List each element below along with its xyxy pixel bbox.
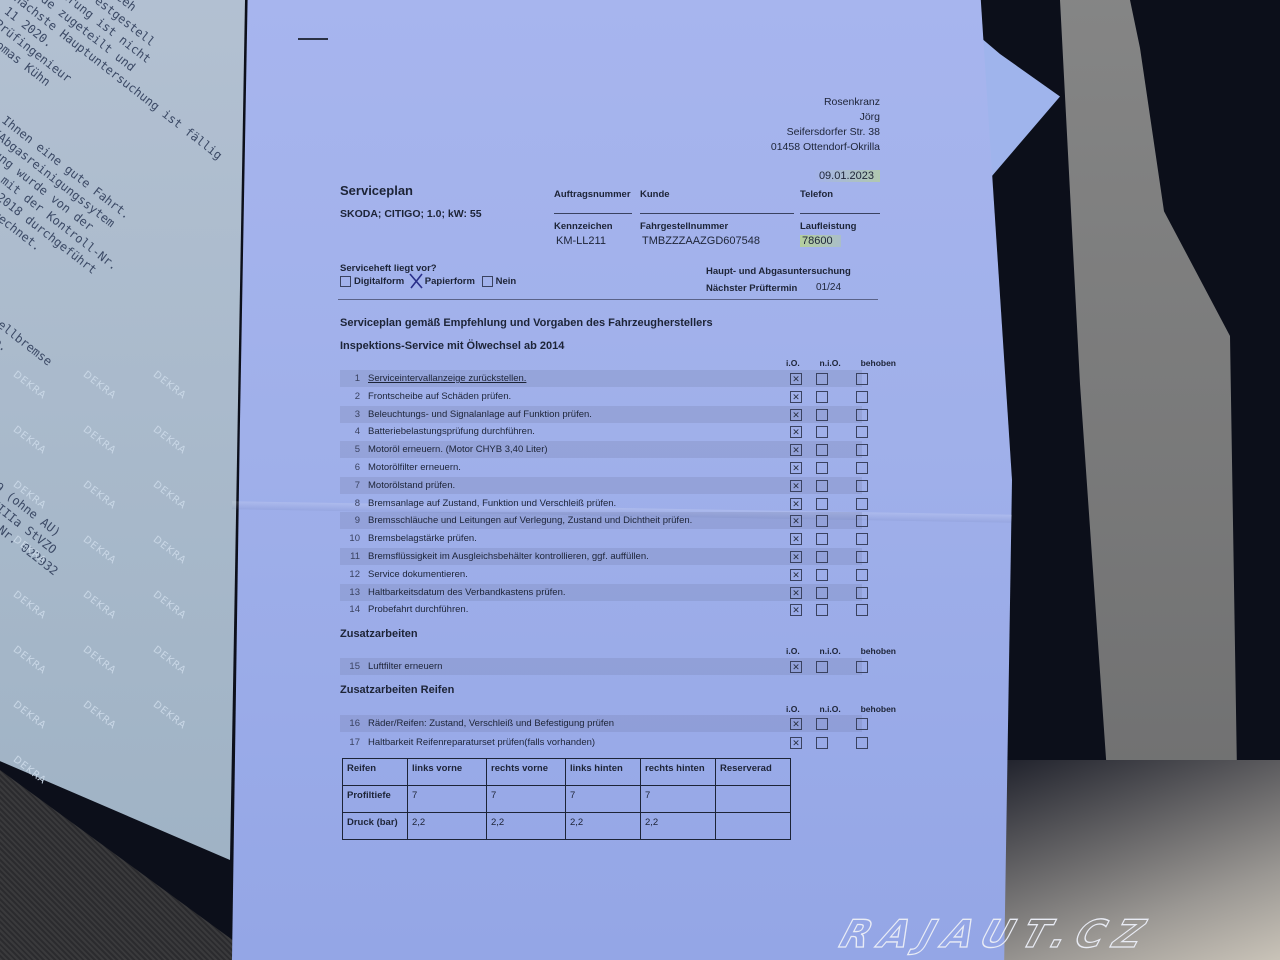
kennzeichen-label: Kennzeichen xyxy=(554,221,613,232)
checkbox-behoben[interactable] xyxy=(856,391,868,403)
status-checkboxes: ✕ xyxy=(790,569,862,583)
plan-title: Serviceplan gemäß Empfehlung und Vorgabe… xyxy=(340,317,713,329)
tyre-cell: 2,2 xyxy=(641,813,716,840)
checkbox-io[interactable]: ✕ xyxy=(790,587,802,599)
checklist-row: 14Probefahrt durchführen. xyxy=(340,601,862,618)
checkbox-io[interactable]: ✕ xyxy=(790,718,802,730)
checkbox-io[interactable]: ✕ xyxy=(790,462,802,474)
checkbox-io[interactable]: ✕ xyxy=(790,426,802,438)
checklist-row: 17Haltbarkeit Reifenreparaturset prüfen(… xyxy=(340,734,862,751)
checklist-row: 3Beleuchtungs- und Signalanlage auf Funk… xyxy=(340,406,862,423)
status-checkboxes: ✕ xyxy=(790,551,862,565)
item-number: 3 xyxy=(340,409,360,420)
tyre-row: Druck (bar)2,22,22,22,2 xyxy=(343,813,791,840)
column-headers: i.O.n.i.O.behoben xyxy=(786,704,896,714)
section-title: Inspektions-Service mit Ölwechsel ab 201… xyxy=(340,340,564,352)
status-checkboxes: ✕ xyxy=(790,737,862,751)
option-label: Papierform xyxy=(425,276,475,287)
checkbox-nio[interactable] xyxy=(816,498,828,510)
item-text: Luftfilter erneuern xyxy=(368,661,442,672)
hu-label: Haupt- und Abgasuntersuchung xyxy=(706,266,851,277)
item-text: Haltbarkeit Reifenreparaturset prüfen(fa… xyxy=(368,737,595,748)
item-text: Haltbarkeitsdatum des Verbandkastens prü… xyxy=(368,587,566,598)
tyre-cell: links vorne xyxy=(408,759,487,786)
item-number: 14 xyxy=(340,604,360,615)
item-text: Motoröl erneuern. (Motor CHYB 3,40 Liter… xyxy=(368,444,548,455)
column-headers: i.O.n.i.O.behoben xyxy=(786,358,896,368)
status-checkboxes: ✕ xyxy=(790,480,862,494)
document-date: 09.01.2023 xyxy=(813,170,880,182)
checkbox-io[interactable]: ✕ xyxy=(790,661,802,673)
status-checkboxes: ✕ xyxy=(790,587,862,601)
column-header: i.O. xyxy=(786,704,800,714)
item-number: 2 xyxy=(340,391,360,402)
tyre-cell: rechts vorne xyxy=(487,759,566,786)
tyre-cell: 7 xyxy=(408,786,487,813)
column-header: behoben xyxy=(861,646,896,656)
item-text: Serviceintervallanzeige zurückstellen. xyxy=(368,373,526,384)
checkbox-io[interactable]: ✕ xyxy=(790,444,802,456)
tyre-cell: 7 xyxy=(566,786,641,813)
checklist-row: 16Räder/Reifen: Zustand, Verschleiß und … xyxy=(340,715,862,732)
checkbox-io[interactable]: ✕ xyxy=(790,569,802,581)
checkbox-nio[interactable] xyxy=(816,661,828,673)
checkbox-behoben[interactable] xyxy=(856,737,868,749)
item-number: 10 xyxy=(340,533,360,544)
item-number: 16 xyxy=(340,718,360,729)
checkbox-nein[interactable] xyxy=(482,276,493,287)
checkbox-io[interactable]: ✕ xyxy=(790,604,802,616)
address-line: Rosenkranz xyxy=(771,95,880,110)
status-checkboxes: ✕ xyxy=(790,444,862,458)
checklist-row: 15Luftfilter erneuern xyxy=(340,658,862,675)
item-number: 17 xyxy=(340,737,360,748)
tyre-cell: 2,2 xyxy=(408,813,487,840)
item-number: 9 xyxy=(340,515,360,526)
fahrgestellnummer-value: TMBZZZAAZGD607548 xyxy=(642,235,760,247)
checkbox-nio[interactable] xyxy=(816,569,828,581)
fahrgestellnummer-label: Fahrgestellnummer xyxy=(640,221,728,232)
column-header: n.i.O. xyxy=(820,358,841,368)
item-number: 11 xyxy=(340,551,360,562)
item-text: Beleuchtungs- und Signalanlage auf Funkt… xyxy=(368,409,592,420)
checkbox-digitalform[interactable] xyxy=(340,276,351,287)
checklist-row: 7Motorölstand prüfen. xyxy=(340,477,862,494)
tyre-header-row: Reifenlinks vornerechts vornelinks hinte… xyxy=(343,759,791,786)
checkbox-nio[interactable] xyxy=(816,718,828,730)
checkbox-nio[interactable] xyxy=(816,604,828,616)
status-checkboxes: ✕ xyxy=(790,604,862,618)
checklist-row: 12Service dokumentieren. xyxy=(340,566,862,583)
telefon-field xyxy=(800,213,880,214)
auftragsnummer-field xyxy=(554,213,632,214)
item-text: Bremsanlage auf Zustand, Funktion und Ve… xyxy=(368,498,616,509)
item-text: Motorölfilter erneuern. xyxy=(368,462,461,473)
checkbox-io[interactable]: ✕ xyxy=(790,480,802,492)
kunde-field xyxy=(640,213,794,214)
status-checkboxes: ✕ xyxy=(790,718,862,732)
status-checkboxes: ✕ xyxy=(790,498,862,512)
pen-mark xyxy=(298,38,328,40)
next-inspection-value: 01/24 xyxy=(816,282,841,293)
tyre-cell: 2,2 xyxy=(487,813,566,840)
kennzeichen-value: KM-LL211 xyxy=(556,235,606,247)
checkbox-nio[interactable] xyxy=(816,409,828,421)
checklist-row: 1Serviceintervallanzeige zurückstellen. xyxy=(340,370,862,387)
kunde-label: Kunde xyxy=(640,189,670,200)
column-header: behoben xyxy=(861,358,896,368)
item-text: Probefahrt durchführen. xyxy=(368,604,468,615)
checkbox-io[interactable]: ✕ xyxy=(790,533,802,545)
next-inspection-label: Nächster Prüftermin xyxy=(706,283,797,294)
checkbox-io[interactable]: ✕ xyxy=(790,498,802,510)
checkbox-nio[interactable] xyxy=(816,373,828,385)
column-header: i.O. xyxy=(786,358,800,368)
tyre-cell xyxy=(716,813,791,840)
checklist-row: 6Motorölfilter erneuern. xyxy=(340,459,862,476)
tyre-cell: rechts hinten xyxy=(641,759,716,786)
checklist-row: 5Motoröl erneuern. (Motor CHYB 3,40 Lite… xyxy=(340,441,862,458)
pen-cross-mark-icon xyxy=(409,273,423,289)
checklist-row: 8Bremsanlage auf Zustand, Funktion und V… xyxy=(340,495,862,512)
checkbox-io[interactable]: ✕ xyxy=(790,551,802,563)
item-number: 1 xyxy=(340,373,360,384)
checkbox-behoben[interactable] xyxy=(856,426,868,438)
section-title: Zusatzarbeiten xyxy=(340,628,418,640)
checklist-row: 4Batteriebelastungsprüfung durchführen. xyxy=(340,423,862,440)
tyre-cell xyxy=(716,786,791,813)
column-header: i.O. xyxy=(786,646,800,656)
checkbox-behoben[interactable] xyxy=(856,498,868,510)
status-checkboxes: ✕ xyxy=(790,409,862,423)
tyre-cell: 7 xyxy=(641,786,716,813)
checkbox-behoben[interactable] xyxy=(856,718,868,730)
item-text: Bremsbelagstärke prüfen. xyxy=(368,533,477,544)
status-checkboxes: ✕ xyxy=(790,373,862,387)
checkbox-nio[interactable] xyxy=(816,426,828,438)
checkbox-behoben[interactable] xyxy=(856,409,868,421)
telefon-label: Telefon xyxy=(800,189,833,200)
checkbox-behoben[interactable] xyxy=(856,587,868,599)
status-checkboxes: ✕ xyxy=(790,515,862,529)
tyre-cell: Druck (bar) xyxy=(343,813,408,840)
checkbox-nio[interactable] xyxy=(816,444,828,456)
checkbox-behoben[interactable] xyxy=(856,604,868,616)
tyre-row: Profiltiefe7777 xyxy=(343,786,791,813)
option-label: Digitalform xyxy=(354,276,404,287)
checkbox-nio[interactable] xyxy=(816,587,828,599)
checkbox-nio[interactable] xyxy=(816,533,828,545)
column-headers: i.O.n.i.O.behoben xyxy=(786,646,896,656)
item-text: Bremsflüssigkeit im Ausgleichsbehälter k… xyxy=(368,551,649,562)
checkbox-behoben[interactable] xyxy=(856,444,868,456)
checkbox-behoben[interactable] xyxy=(856,373,868,385)
item-number: 6 xyxy=(340,462,360,473)
item-number: 7 xyxy=(340,480,360,491)
item-number: 12 xyxy=(340,569,360,580)
item-text: Batteriebelastungsprüfung durchführen. xyxy=(368,426,535,437)
checkbox-nio[interactable] xyxy=(816,737,828,749)
item-number: 15 xyxy=(340,661,360,672)
item-number: 4 xyxy=(340,426,360,437)
checkbox-behoben[interactable] xyxy=(856,661,868,673)
item-text: Service dokumentieren. xyxy=(368,569,468,580)
checklist-row: 2Frontscheibe auf Schäden prüfen. xyxy=(340,388,862,405)
serviceheft-options: Digitalform Papierform Nein xyxy=(340,276,516,287)
checkbox-nio[interactable] xyxy=(816,480,828,492)
checkbox-io[interactable]: ✕ xyxy=(790,737,802,749)
checkbox-io[interactable]: ✕ xyxy=(790,409,802,421)
auftragsnummer-label: Auftragsnummer xyxy=(554,189,631,200)
checkbox-io[interactable]: ✕ xyxy=(790,391,802,403)
checklist-row: 9Bremsschläuche und Leitungen auf Verleg… xyxy=(340,512,862,529)
laufleistung-value: 78600 xyxy=(800,235,841,247)
checklist-row: 10Bremsbelagstärke prüfen. xyxy=(340,530,862,547)
checklist-row: 11Bremsflüssigkeit im Ausgleichsbehälter… xyxy=(340,548,862,565)
item-text: Bremsschläuche und Leitungen auf Verlegu… xyxy=(368,515,692,526)
tyre-cell: 2,2 xyxy=(566,813,641,840)
item-text: Motorölstand prüfen. xyxy=(368,480,455,491)
tyre-cell: Reserverad xyxy=(716,759,791,786)
checkbox-io[interactable]: ✕ xyxy=(790,373,802,385)
item-number: 8 xyxy=(340,498,360,509)
item-number: 5 xyxy=(340,444,360,455)
item-text: Räder/Reifen: Zustand, Verschleiß und Be… xyxy=(368,718,614,729)
item-text: Frontscheibe auf Schäden prüfen. xyxy=(368,391,511,402)
tyre-cell: links hinten xyxy=(566,759,641,786)
checkbox-nio[interactable] xyxy=(816,462,828,474)
section-title: Zusatzarbeiten Reifen xyxy=(340,684,454,696)
tyre-cell: Reifen xyxy=(343,759,408,786)
checkbox-behoben[interactable] xyxy=(856,462,868,474)
checkbox-behoben[interactable] xyxy=(856,480,868,492)
checkbox-behoben[interactable] xyxy=(856,515,868,527)
address-line: Jörg xyxy=(771,110,880,125)
checkbox-behoben[interactable] xyxy=(856,533,868,545)
column-header: n.i.O. xyxy=(820,704,841,714)
checkbox-io[interactable]: ✕ xyxy=(790,515,802,527)
checkbox-nio[interactable] xyxy=(816,551,828,563)
header-divider xyxy=(338,299,878,300)
status-checkboxes: ✕ xyxy=(790,462,862,476)
page-title: Serviceplan xyxy=(340,183,413,198)
customer-address: Rosenkranz Jörg Seifersdorfer Str. 38 01… xyxy=(771,95,880,155)
address-line: 01458 Ottendorf-Okrilla xyxy=(771,140,880,155)
tyre-table: Reifenlinks vornerechts vornelinks hinte… xyxy=(342,758,791,840)
tyre-cell: 7 xyxy=(487,786,566,813)
status-checkboxes: ✕ xyxy=(790,533,862,547)
column-header: behoben xyxy=(861,704,896,714)
status-checkboxes: ✕ xyxy=(790,426,862,440)
option-label: Nein xyxy=(496,276,517,287)
checkbox-nio[interactable] xyxy=(816,515,828,527)
status-checkboxes: ✕ xyxy=(790,661,862,675)
checkbox-behoben[interactable] xyxy=(856,569,868,581)
vehicle-info: SKODA; CITIGO; 1.0; kW: 55 xyxy=(340,208,482,220)
item-number: 13 xyxy=(340,587,360,598)
column-header: n.i.O. xyxy=(820,646,841,656)
tyre-cell: Profiltiefe xyxy=(343,786,408,813)
status-checkboxes: ✕ xyxy=(790,391,862,405)
checklist-row: 13Haltbarkeitsdatum des Verbandkastens p… xyxy=(340,584,862,601)
checkbox-behoben[interactable] xyxy=(856,551,868,563)
watermark-logo: RAJAUT.CZ xyxy=(835,912,1160,956)
address-line: Seifersdorfer Str. 38 xyxy=(771,125,880,140)
checkbox-nio[interactable] xyxy=(816,391,828,403)
laufleistung-label: Laufleistung xyxy=(800,221,856,232)
